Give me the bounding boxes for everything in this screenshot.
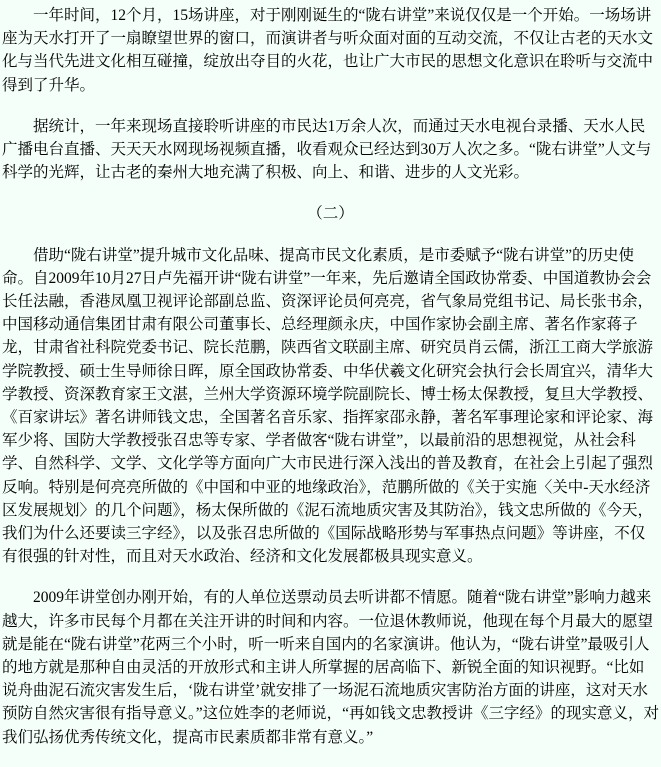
- article-body: 一年时间，12个月，15场讲座，对于刚刚诞生的“陇右讲堂”来说仅仅是一个开始。一…: [0, 0, 661, 749]
- paragraph-1: 一年时间，12个月，15场讲座，对于刚刚诞生的“陇右讲堂”来说仅仅是一个开始。一…: [2, 4, 659, 97]
- paragraph-4: 2009年讲堂创办刚开始，有的人单位送票动员去听讲都不情愿。随着“陇右讲堂”影响…: [2, 586, 659, 748]
- paragraph-2: 据统计，一年来现场直接聆听讲座的市民达1万余人次，而通过天水电视台录播、天水人民…: [2, 115, 659, 185]
- section-marker: （二）: [2, 202, 659, 225]
- paragraph-3: 借助“陇右讲堂”提升城市文化品味、提高市民文化素质，是市委赋予“陇右讲堂”的历史…: [2, 244, 659, 569]
- document-page: { "page": { "background_color": "#F5FFFA…: [0, 0, 661, 767]
